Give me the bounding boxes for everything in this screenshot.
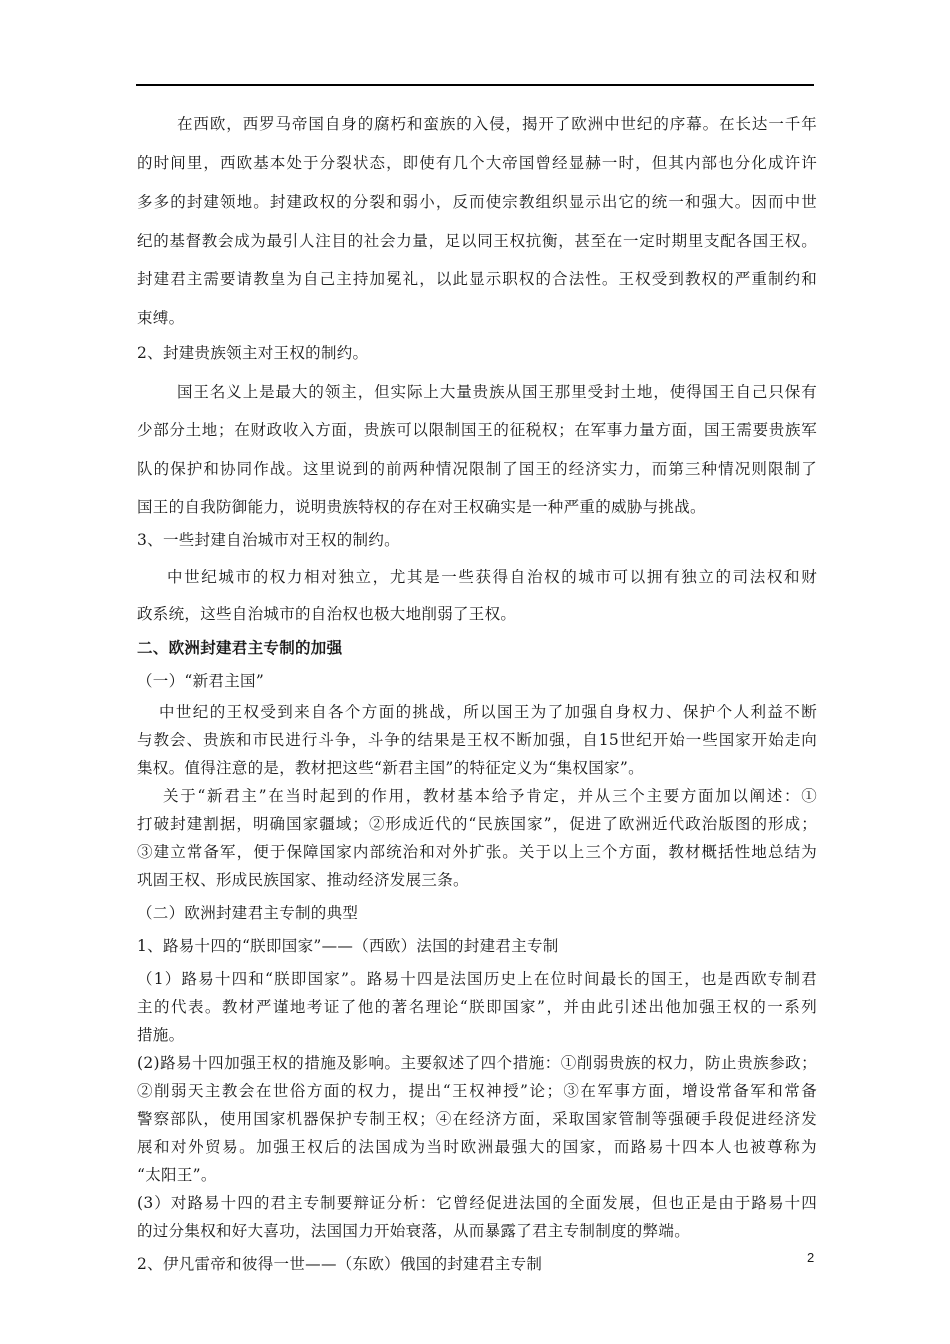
- header-rule: [136, 84, 814, 86]
- text-line: 封建君主需要请教皇为自己主持加冕礼，以此显示职权的合法性。王权受到教权的严重制约…: [137, 269, 817, 289]
- text-line: “太阳王”。: [137, 1165, 817, 1185]
- text-line: 在西欧，西罗马帝国自身的腐朽和蛮族的入侵，揭开了欧洲中世纪的序幕。在长达一千年: [177, 114, 817, 134]
- text-line: 关于“新君主”在当时起到的作用，教材基本给予肯定，并从三个主要方面加以阐述：①: [163, 786, 817, 806]
- text-line: 警察部队，使用国家机器保护专制王权；④在经济方面，采取国家管制等强硬手段促进经济…: [137, 1109, 817, 1129]
- text-line: 队的保护和协同作战。这里说到的前两种情况限制了国王的经济实力，而第三种情况则限制…: [137, 459, 817, 479]
- text-line: (3）对路易十四的君主专制要辩证分析：它曾经促进法国的全面发展，但也正是由于路易…: [137, 1193, 817, 1213]
- text-line: (2)路易十四加强王权的措施及影响。主要叙述了四个措施：①削弱贵族的权力，防止贵…: [137, 1053, 817, 1073]
- section-heading: 二、欧洲封建君主专制的加强: [137, 638, 817, 658]
- text-line: ②削弱天主教会在世俗方面的权力，提出“王权神授”论；③在军事方面，增设常备军和常…: [137, 1081, 817, 1101]
- text-line: 国王的自我防御能力，说明贵族特权的存在对王权确实是一种严重的威胁与挑战。: [137, 497, 817, 517]
- text-line: 集权。值得注意的是，教材把这些“新君主国”的特征定义为“集权国家”。: [137, 758, 817, 778]
- text-line: 与教会、贵族和市民进行斗争，斗争的结果是王权不断加强，自15世纪开始一些国家开始…: [137, 730, 817, 750]
- page-number: 2: [807, 1250, 814, 1265]
- text-line: 少部分土地；在财政收入方面，贵族可以限制国王的征税权；在军事力量方面，国王需要贵…: [137, 420, 817, 440]
- text-line: （1）路易十四和“朕即国家”。路易十四是法国历史上在位时间最长的国王，也是西欧专…: [137, 969, 817, 989]
- text-line: 主的代表。教材严谨地考证了他的著名理论“朕即国家”，并由此引述出他加强王权的一系…: [137, 997, 817, 1017]
- text-line: （二）欧洲封建君主专制的典型: [137, 903, 817, 923]
- text-line: 措施。: [137, 1025, 817, 1045]
- text-line: 中世纪城市的权力相对独立，尤其是一些获得自治权的城市可以拥有独立的司法权和财: [167, 567, 817, 587]
- text-line: 展和对外贸易。加强王权后的法国成为当时欧洲最强大的国家，而路易十四本人也被尊称为: [137, 1137, 817, 1157]
- text-line: ③建立常备军，便于保障国家内部统治和对外扩张。关于以上三个方面，教材概括性地总结…: [137, 842, 817, 862]
- text-line: 束缚。: [137, 308, 817, 328]
- text-line: 2、封建贵族领主对王权的制约。: [137, 343, 817, 363]
- text-line: 政系统，这些自治城市的自治权也极大地削弱了王权。: [137, 604, 817, 624]
- text-line: 的过分集权和好大喜功，法国国力开始衰落，从而暴露了君主专制制度的弊端。: [137, 1221, 817, 1241]
- text-line: 多多的封建领地。封建政权的分裂和弱小，反而使宗教组织显示出它的统一和强大。因而中…: [137, 192, 817, 212]
- text-line: 巩固王权、形成民族国家、推动经济发展三条。: [137, 870, 817, 890]
- text-line: 3、一些封建自治城市对王权的制约。: [137, 530, 817, 550]
- text-line: （一）“新君主国”: [137, 671, 817, 691]
- text-line: 中世纪的王权受到来自各个方面的挑战，所以国王为了加强自身权力、保护个人利益不断: [159, 702, 817, 722]
- text-line: 1、路易十四的“朕即国家”——（西欧）法国的封建君主专制: [137, 936, 817, 956]
- text-line: 国王名义上是最大的领主，但实际上大量贵族从国王那里受封土地，使得国王自己只保有: [177, 382, 817, 402]
- text-line: 2、伊凡雷帝和彼得一世——（东欧）俄国的封建君主专制: [137, 1254, 817, 1274]
- text-line: 打破封建割据，明确国家疆域；②形成近代的“民族国家”，促进了欧洲近代政治版图的形…: [137, 814, 817, 834]
- text-line: 纪的基督教会成为最引人注目的社会力量，足以同王权抗衡，甚至在一定时期里支配各国王…: [137, 231, 817, 251]
- text-line: 的时间里，西欧基本处于分裂状态，即使有几个大帝国曾经显赫一时，但其内部也分化成许…: [137, 153, 817, 173]
